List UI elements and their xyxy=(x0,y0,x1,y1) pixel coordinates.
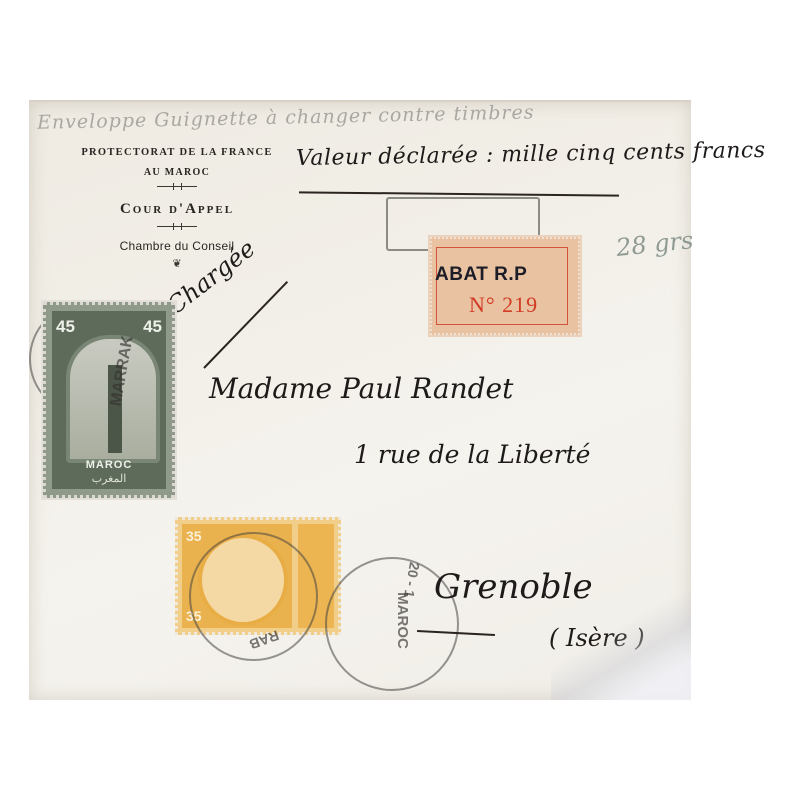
ornament-divider xyxy=(157,226,197,227)
underline xyxy=(299,191,619,196)
address-name: Madame Paul Randet xyxy=(209,372,513,405)
underline xyxy=(203,281,288,369)
pencil-note: Enveloppe Guignette à changer contre tim… xyxy=(37,98,687,134)
postmark-text: MAROC xyxy=(394,592,411,649)
letterhead-line1: PROTECTORAT DE LA FRANCE xyxy=(57,147,297,158)
stamp-value: 45 xyxy=(56,317,75,337)
court-name: Cour d'Appel xyxy=(57,201,297,218)
registration-number: N° 219 xyxy=(469,292,538,318)
letterhead-line2: AU MAROC xyxy=(57,167,297,178)
fleuron-icon: ❦ xyxy=(57,257,297,270)
registration-label: ABAT R.P N° 219 xyxy=(430,237,580,335)
ornament-divider xyxy=(157,186,197,187)
declared-value: Valeur déclarée : mille cinq cents franc… xyxy=(296,138,766,171)
chamber-name: Chambre du Conseil xyxy=(57,239,297,253)
envelope: Enveloppe Guignette à changer contre tim… xyxy=(29,100,691,700)
stamp-country: MAROC xyxy=(52,459,166,471)
stamp-value: 45 xyxy=(143,317,162,337)
stamp-value: 35 xyxy=(186,528,202,544)
registration-frame: ABAT R.P N° 219 xyxy=(436,247,568,325)
letterhead: PROTECTORAT DE LA FRANCE AU MAROC Cour d… xyxy=(57,147,297,270)
stamp-arabic: المغرب xyxy=(52,472,166,485)
weight-note: 28 grs xyxy=(615,226,695,262)
envelope-fold xyxy=(551,590,691,700)
address-street: 1 rue de la Liberté xyxy=(354,440,590,469)
registration-office: ABAT R.P xyxy=(435,264,527,286)
